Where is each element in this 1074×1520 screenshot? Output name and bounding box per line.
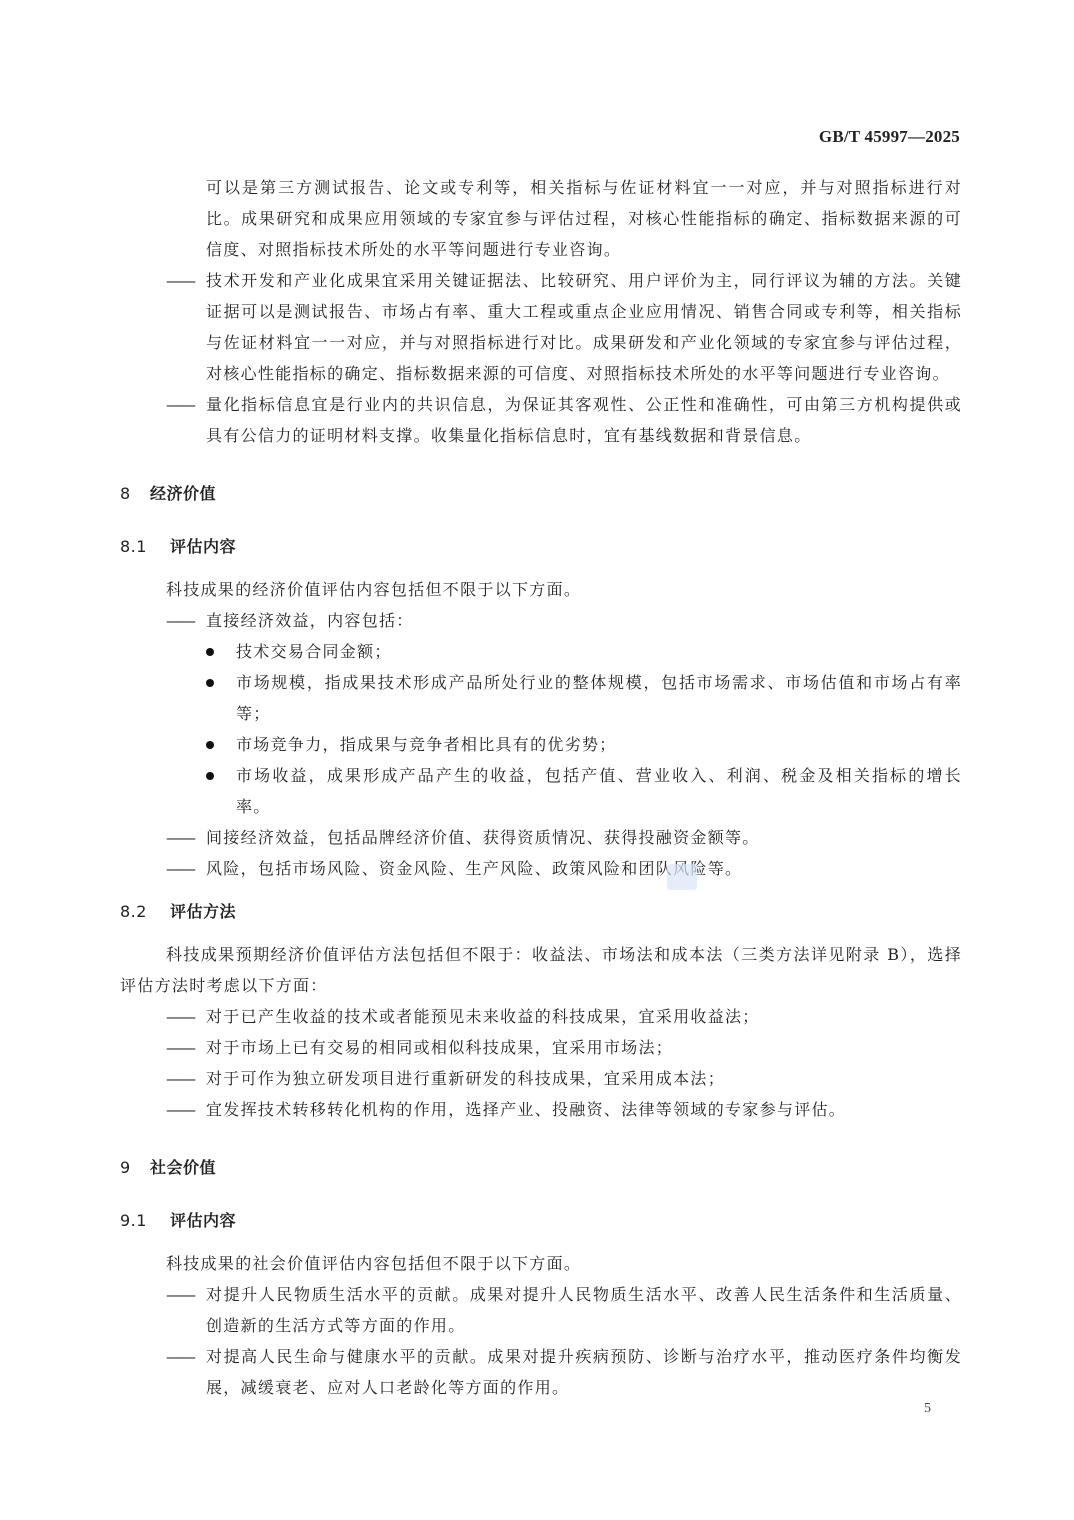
section-heading-9: 9社会价值 <box>120 1152 962 1183</box>
dash-marker: —— <box>166 1032 206 1063</box>
dash-item-text: 风险，包括市场风险、资金风险、生产风险、政策风险和团队风险等。 <box>206 859 742 878</box>
section-number: 9 <box>120 1152 150 1183</box>
dash-marker: —— <box>166 853 206 884</box>
subsection-number: 9.1 <box>120 1205 170 1236</box>
dash-marker: —— <box>166 605 206 636</box>
dash-item-text: 对于可作为独立研发项目进行重新研发的科技成果，宜采用成本法； <box>206 1069 725 1088</box>
dash-item-social: —— 对提升人民物质生活水平的贡献。成果对提升人民物质生活水平、改善人民生活条件… <box>120 1279 962 1341</box>
dash-marker: —— <box>166 1063 206 1094</box>
dash-item-text: 对于已产生收益的技术或者能预见未来收益的科技成果，宜采用收益法； <box>206 1007 760 1026</box>
dash-item-risk: —— 风险，包括市场风险、资金风险、生产风险、政策风险和团队风险等。 <box>120 853 962 884</box>
document-body: 可以是第三方测试报告、论文或专利等，相关指标与佐证材料宜一一对应，并与对照指标进… <box>120 172 962 1403</box>
dash-marker: —— <box>166 1094 206 1125</box>
dash-marker: —— <box>166 1001 206 1032</box>
bullet-text: 市场竞争力，指成果与竞争者相比具有的优劣势； <box>236 735 617 754</box>
standard-number: GB/T 45997—2025 <box>819 127 960 147</box>
dash-item-text: 间接经济效益，包括品牌经济价值、获得资质情况、获得投融资金额等。 <box>206 828 760 847</box>
bullet-dot-icon <box>206 772 214 780</box>
intro-paragraph: 科技成果预期经济价值评估方法包括但不限于：收益法、市场法和成本法（三类方法详见附… <box>120 939 962 1001</box>
intro-paragraph: 科技成果的经济价值评估内容包括但不限于以下方面。 <box>120 574 962 605</box>
subsection-heading-8-1: 8.1评估内容 <box>120 531 962 562</box>
bullet-text: 市场规模，指成果技术形成产品所处行业的整体规模，包括市场需求、市场估值和市场占有… <box>236 673 962 723</box>
dash-item-direct-benefit: —— 直接经济效益，内容包括： <box>120 605 962 636</box>
bullet-item: 市场规模，指成果技术形成产品所处行业的整体规模，包括市场需求、市场估值和市场占有… <box>120 667 962 729</box>
dash-marker: —— <box>166 389 206 420</box>
bullet-item: 市场竞争力，指成果与竞争者相比具有的优劣势； <box>120 729 962 760</box>
dash-item-text: 对提高人民生命与健康水平的贡献。成果对提升疾病预防、诊断与治疗水平，推动医疗条件… <box>206 1347 962 1397</box>
subsection-title: 评估内容 <box>170 537 236 556</box>
dash-item-text: 对于市场上已有交易的相同或相似科技成果，宜采用市场法； <box>206 1038 673 1057</box>
dash-item-method: —— 对于市场上已有交易的相同或相似科技成果，宜采用市场法； <box>120 1032 962 1063</box>
subsection-title: 评估内容 <box>170 1211 236 1230</box>
dash-item-method: —— 宜发挥技术转移转化机构的作用，选择产业、投融资、法律等领域的专家参与评估。 <box>120 1094 962 1125</box>
bullet-item: 市场收益，成果形成产品产生的收益，包括产值、营业收入、利润、税金及相关指标的增长… <box>120 760 962 822</box>
dash-item-text: 宜发挥技术转移转化机构的作用，选择产业、投融资、法律等领域的专家参与评估。 <box>206 1100 846 1119</box>
intro-paragraph: 科技成果的社会价值评估内容包括但不限于以下方面。 <box>120 1248 962 1279</box>
dash-item-text: 对提升人民物质生活水平的贡献。成果对提升人民物质生活水平、改善人民生活条件和生活… <box>206 1285 962 1335</box>
section-heading-8: 8经济价值 <box>120 478 962 509</box>
dash-item-social: —— 对提高人民生命与健康水平的贡献。成果对提升疾病预防、诊断与治疗水平，推动医… <box>120 1341 962 1403</box>
highlight-artifact <box>667 864 697 890</box>
dash-marker: —— <box>166 822 206 853</box>
dash-item-indirect-benefit: —— 间接经济效益，包括品牌经济价值、获得资质情况、获得投融资金额等。 <box>120 822 962 853</box>
dash-item-text: 量化指标信息宜是行业内的共识信息，为保证其客观性、公正性和准确性，可由第三方机构… <box>206 395 962 445</box>
dash-item-quant-indicators: —— 量化指标信息宜是行业内的共识信息，为保证其客观性、公正性和准确性，可由第三… <box>120 389 962 451</box>
subsection-heading-8-2: 8.2评估方法 <box>120 896 962 927</box>
subsection-title: 评估方法 <box>170 902 236 921</box>
dash-marker: —— <box>166 1341 206 1372</box>
dash-item-text: 技术开发和产业化成果宜采用关键证据法、比较研究、用户评价为主，同行评议为辅的方法… <box>206 271 962 383</box>
section-title: 经济价值 <box>150 484 216 503</box>
dash-item-tech-dev: —— 技术开发和产业化成果宜采用关键证据法、比较研究、用户评价为主，同行评议为辅… <box>120 265 962 389</box>
section-title: 社会价值 <box>150 1158 216 1177</box>
bullet-dot-icon <box>206 648 214 656</box>
subsection-number: 8.1 <box>120 531 170 562</box>
dash-item-method: —— 对于可作为独立研发项目进行重新研发的科技成果，宜采用成本法； <box>120 1063 962 1094</box>
page-number: 5 <box>924 1401 931 1417</box>
dash-item-method: —— 对于已产生收益的技术或者能预见未来收益的科技成果，宜采用收益法； <box>120 1001 962 1032</box>
bullet-dot-icon <box>206 741 214 749</box>
subsection-heading-9-1: 9.1评估内容 <box>120 1205 962 1236</box>
section-number: 8 <box>120 478 150 509</box>
bullet-text: 市场收益，成果形成产品产生的收益，包括产值、营业收入、利润、税金及相关指标的增长… <box>236 766 962 816</box>
dash-marker: —— <box>166 265 206 296</box>
dash-marker: —— <box>166 1279 206 1310</box>
subsection-number: 8.2 <box>120 896 170 927</box>
continuation-paragraph: 可以是第三方测试报告、论文或专利等，相关指标与佐证材料宜一一对应，并与对照指标进… <box>120 172 962 265</box>
bullet-item: 技术交易合同金额； <box>120 636 962 667</box>
dash-item-text: 直接经济效益，内容包括： <box>206 611 414 630</box>
bullet-text: 技术交易合同金额； <box>236 642 392 661</box>
bullet-dot-icon <box>206 679 214 687</box>
